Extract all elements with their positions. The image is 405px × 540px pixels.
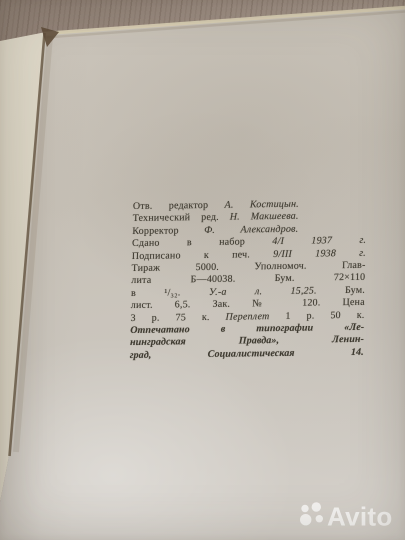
colophon-text: 3 р. 75 к. [130, 311, 225, 323]
colophon-text: 1 р. 50 к. [269, 309, 364, 321]
colophon-block: Отв. редактор А. Костицын. Технический р… [130, 198, 373, 363]
avito-wordmark: Avito [327, 502, 393, 532]
colophon-text: Отв. редактор [133, 200, 225, 212]
colophon-text: У.-а л. 15,25. [209, 285, 317, 298]
colophon-text: в ¹/₃₂. [131, 287, 209, 299]
colophon-text: Корректор [132, 225, 204, 237]
colophon-text: 4/I 1937 г. [272, 235, 366, 247]
colophon-text: Ф. Александров. [204, 224, 298, 236]
avito-logo-icon [300, 502, 323, 525]
colophon-text: Подписано к печ. [132, 249, 274, 262]
book-colophon-photo: Отв. редактор А. Костицын. Технический р… [0, 0, 405, 540]
colophon-text: Технический ред. [133, 212, 230, 224]
colophon-text: Бум. [317, 285, 366, 297]
colophon-text: А. Костицын. [224, 199, 299, 211]
colophon-text: Н. Макшеева. [230, 211, 299, 223]
colophon-text: Сдано в набор [132, 236, 272, 249]
colophon-text: Переплет [225, 311, 269, 323]
colophon-text: 9/III 1938 г. [273, 247, 366, 259]
avito-watermark: Avito [296, 498, 400, 532]
colophon-text: град, Социалистическая 14. [130, 347, 364, 361]
